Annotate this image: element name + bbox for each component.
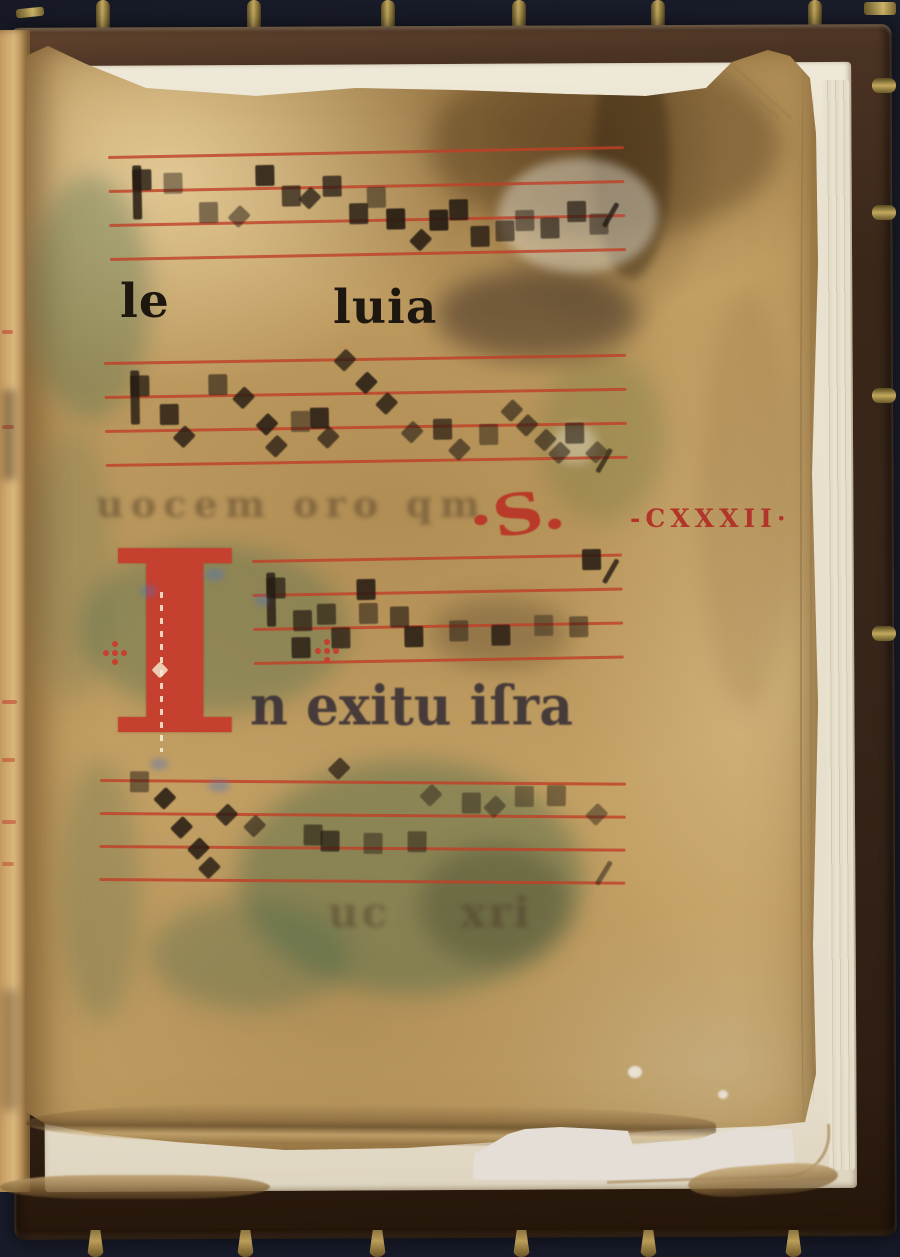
neume-dm [243,814,266,837]
neume-sq [407,831,426,852]
neume-dm [255,413,278,436]
neume-dm [585,803,608,826]
blue-filigree [150,758,168,770]
music-staff [108,146,626,282]
neume-sq [356,579,375,600]
neume-sq [386,208,405,229]
neume-dm [227,205,250,228]
staff-line-fragment [2,862,14,866]
neume-dm [215,803,238,826]
lyric-syllable: le [120,274,170,329]
facing-page-sliver [0,30,30,1192]
neume-sq [163,173,182,194]
neume-sq [317,604,336,625]
staff-line [99,878,625,885]
neume-sq [322,176,341,197]
red-cross-ornament [112,650,118,656]
blue-filigree [255,595,269,606]
neume-sq [363,833,382,854]
ink-showthrough [2,390,16,480]
illuminated-initial: I [104,572,226,776]
neume-sq [320,831,339,852]
staff-line-fragment [2,330,13,334]
neume-sq [291,411,310,432]
neume-dm [333,348,356,371]
staff-line-fragment [2,758,15,762]
neume-sq [331,627,350,648]
leaf-edge-line [810,95,820,1105]
neume-dm [170,816,193,839]
neume-sq [199,202,218,223]
brass-stud [872,388,896,403]
neume-dm [500,399,523,422]
manuscript-photo: le luia uocem oro qm ·S. -CXXXII· I n ex… [0,0,900,1257]
neume-dm [409,228,432,251]
music-staff [252,554,624,686]
neume-dm [187,837,210,860]
neume-dm [400,420,423,443]
neume-sq [208,374,227,395]
blue-filigree [208,780,230,792]
neume-sq [132,169,151,190]
neume-dm [198,856,221,879]
neume-sq [390,606,409,627]
neume-sq [266,577,285,598]
neume-dm [375,392,398,415]
initial-letter-glyph: I [104,518,245,770]
neume-sq [449,199,468,220]
brass-stud [872,626,896,641]
brass-fitting [16,7,45,19]
neume-sq [404,626,423,647]
neume-sq [255,165,274,186]
brass-fitting [864,2,896,15]
music-staff [104,354,628,488]
red-cross-ornament [324,648,330,654]
blue-filigree [140,585,156,597]
staff-line [104,354,626,365]
neume-dm [327,757,350,780]
brass-stud [872,205,896,220]
neume-sq [582,549,601,570]
lyric-syllable: luia [333,280,437,335]
curled-edge [0,1175,270,1199]
staff-line [253,588,623,597]
blue-filigree [205,568,225,581]
neume-dm [515,414,538,437]
neume-sq [462,793,481,814]
music-staff [99,779,626,906]
brass-stud [872,78,896,93]
staff-line-fragment [2,820,16,824]
neume-sq [449,620,468,641]
ink-showthrough [2,990,18,1110]
staff-line [252,554,622,563]
neume-sq [160,404,179,425]
neume-sq [569,616,588,637]
faded-text-line: uc xri [328,888,533,937]
neume-sq [282,185,301,206]
neume-sq [534,615,553,636]
staff-line [108,146,624,159]
neume-sq [359,603,378,624]
neume-dm [419,784,442,807]
leaf-edge-line [800,70,810,1120]
parchment-page: le luia uocem oro qm ·S. -CXXXII· I n ex… [26,44,820,1152]
neume-sq [130,375,149,396]
neume-sq [479,424,498,445]
neume-sq [293,610,312,631]
neume-tick [602,558,620,584]
neume-dm [265,435,288,458]
staff-line [110,248,626,261]
neume-sq [310,407,329,428]
neume-sq [433,419,452,440]
staff-line-fragment [2,700,17,704]
neume-sq [470,226,489,247]
chant-text-line: n exitu iſra [250,675,573,738]
folio-number: -CXXXII· [630,504,791,533]
neume-sq [547,785,566,806]
neume-sq [515,210,534,231]
neume-sq [491,625,510,646]
staff-line [100,812,626,819]
neume-sq [515,786,534,807]
neume-sq [291,637,310,658]
neume-sq [367,187,386,208]
neume-sq [349,203,368,224]
neume-dm [232,386,255,409]
neume-dm [298,186,321,209]
neume-sq [429,209,448,230]
neume-sq [540,217,559,238]
neume-sq [495,220,514,241]
staff-line [106,456,628,467]
neume-sq [567,201,586,222]
neume-sq [565,422,584,443]
